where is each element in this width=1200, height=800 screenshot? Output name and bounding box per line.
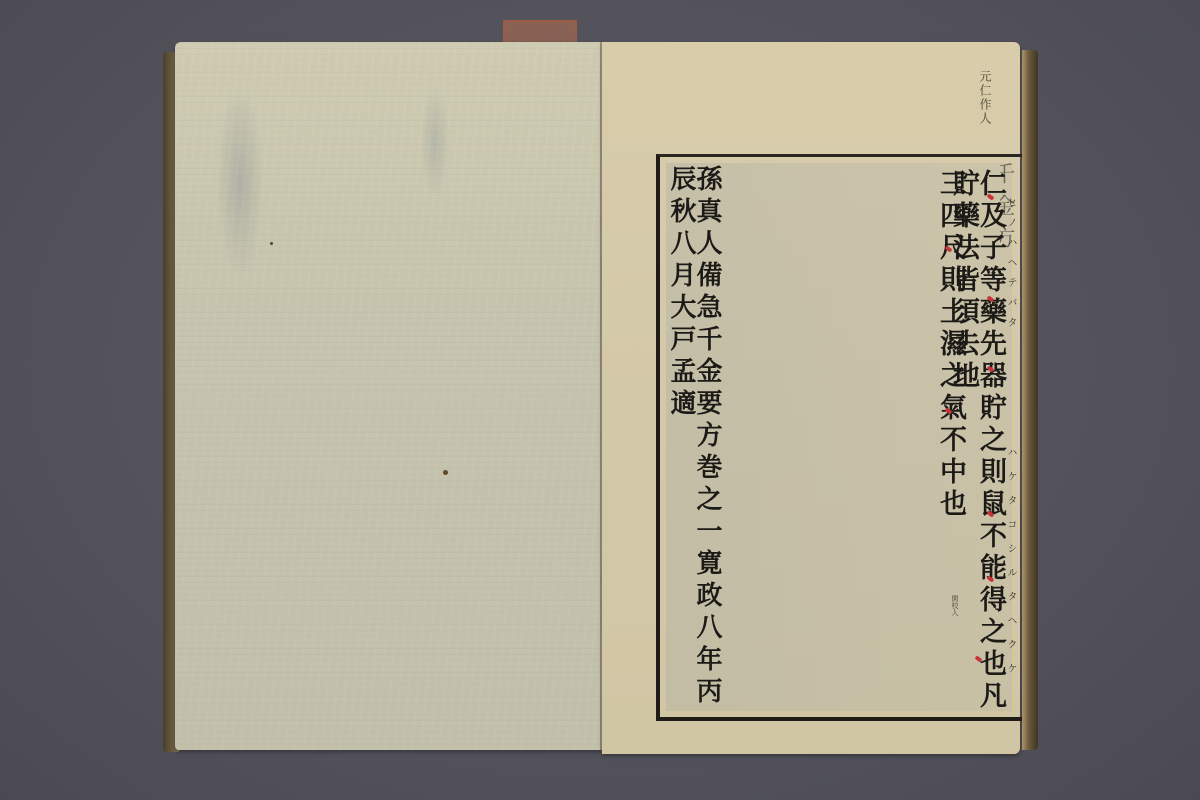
body-text-column-2: 三四尺則土濕之氣不中也 (937, 169, 964, 521)
small-annotation: 閑校人 (950, 595, 960, 616)
right-page: 元仁作人 孫真人備急千金要方巻之一寛政八年丙辰秋八月大戸孟適 仁及子等藥先器貯之… (602, 42, 1020, 754)
margin-note: 元仁作人 (977, 70, 994, 126)
open-book: 元仁作人 孫真人備急千金要方巻之一寛政八年丙辰秋八月大戸孟適 仁及子等藥先器貯之… (163, 40, 1038, 755)
stain-spot (443, 470, 448, 475)
colophon-column: 孫真人備急千金要方巻之一寛政八年丙辰秋八月大戸孟適 (668, 165, 720, 717)
adjacent-page-edge-text: 千金方 (1000, 162, 1018, 258)
photo-stage: 元仁作人 孫真人備急千金要方巻之一寛政八年丙辰秋八月大戸孟適 仁及子等藥先器貯之… (0, 0, 1200, 800)
stain-spot (270, 242, 273, 245)
kunten-annotations-lower: ハケタコシルタヘクケ (1003, 447, 1018, 687)
left-page (175, 42, 602, 750)
right-cover-edge (1022, 50, 1038, 750)
printed-text-frame: 孫真人備急千金要方巻之一寛政八年丙辰秋八月大戸孟適 仁及子等藥先器貯之則鼠不能得… (656, 154, 1022, 721)
